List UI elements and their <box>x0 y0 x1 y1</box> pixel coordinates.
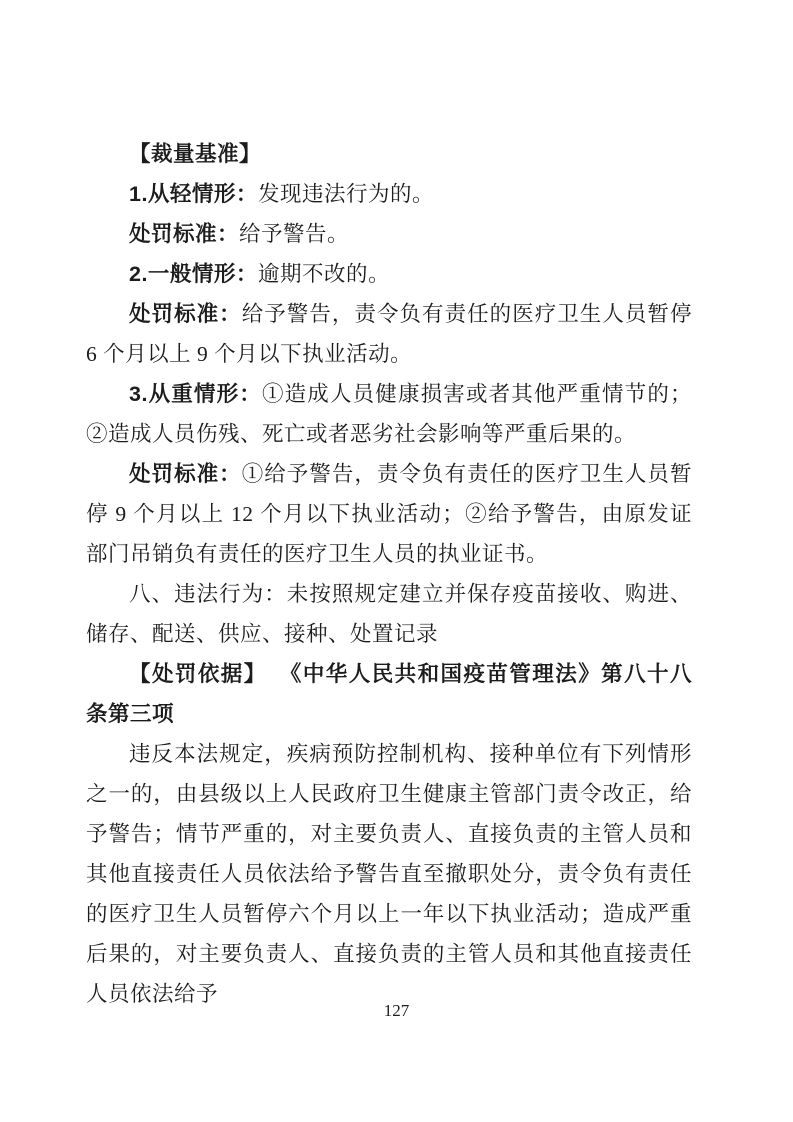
item-penalty-standard-3: 处罚标准：①给予警告，责令负有责任的医疗卫生人员暂停 9 个月以上 12 个月以… <box>86 454 692 574</box>
item-penalty-standard-1: 处罚标准：给予警告。 <box>86 214 692 254</box>
para-label: 3.从重情形： <box>129 382 262 406</box>
para-text: 逾期不改的。 <box>258 262 390 286</box>
para-label: 【裁量基准】 <box>129 142 261 166</box>
para-text: 发现违法行为的。 <box>258 182 434 206</box>
document-page: 【裁量基准】 1.从轻情形：发现违法行为的。 处罚标准：给予警告。 2.一般情形… <box>0 0 793 1122</box>
para-label: 处罚标准： <box>129 462 242 486</box>
item-general-circumstance: 2.一般情形：逾期不改的。 <box>86 254 692 294</box>
para-label: 处罚标准： <box>129 222 239 246</box>
para-label: 【处罚依据】 <box>129 662 267 686</box>
item-aggravating-circumstance: 3.从重情形：①造成人员健康损害或者其他严重情节的；②造成人员伤残、死亡或者恶劣… <box>86 374 692 454</box>
document-body: 【裁量基准】 1.从轻情形：发现违法行为的。 处罚标准：给予警告。 2.一般情形… <box>86 134 692 1014</box>
para-legal-provision: 违反本法规定，疾病预防控制机构、接种单位有下列情形之一的，由县级以上人民政府卫生… <box>86 734 692 1014</box>
heading-discretion-benchmark: 【裁量基准】 <box>86 134 692 174</box>
item-illegal-act-eight: 八、违法行为：未按照规定建立并保存疫苗接收、购进、储存、配送、供应、接种、处置记… <box>86 574 692 654</box>
para-label: 处罚标准： <box>129 302 242 326</box>
para-text: 给予警告。 <box>239 222 349 246</box>
para-text: 违反本法规定，疾病预防控制机构、接种单位有下列情形之一的，由县级以上人民政府卫生… <box>86 742 692 1006</box>
heading-penalty-basis: 【处罚依据】《中华人民共和国疫苗管理法》第八十八条第三项 <box>86 654 692 734</box>
para-text: 八、违法行为：未按照规定建立并保存疫苗接收、购进、储存、配送、供应、接种、处置记… <box>86 582 692 646</box>
para-label: 2.一般情形： <box>129 262 258 286</box>
para-label: 1.从轻情形： <box>129 182 258 206</box>
item-penalty-standard-2: 处罚标准：给予警告，责令负有责任的医疗卫生人员暂停 6 个月以上 9 个月以下执… <box>86 294 692 374</box>
page-number: 127 <box>0 1001 793 1021</box>
item-mitigating-circumstance: 1.从轻情形：发现违法行为的。 <box>86 174 692 214</box>
